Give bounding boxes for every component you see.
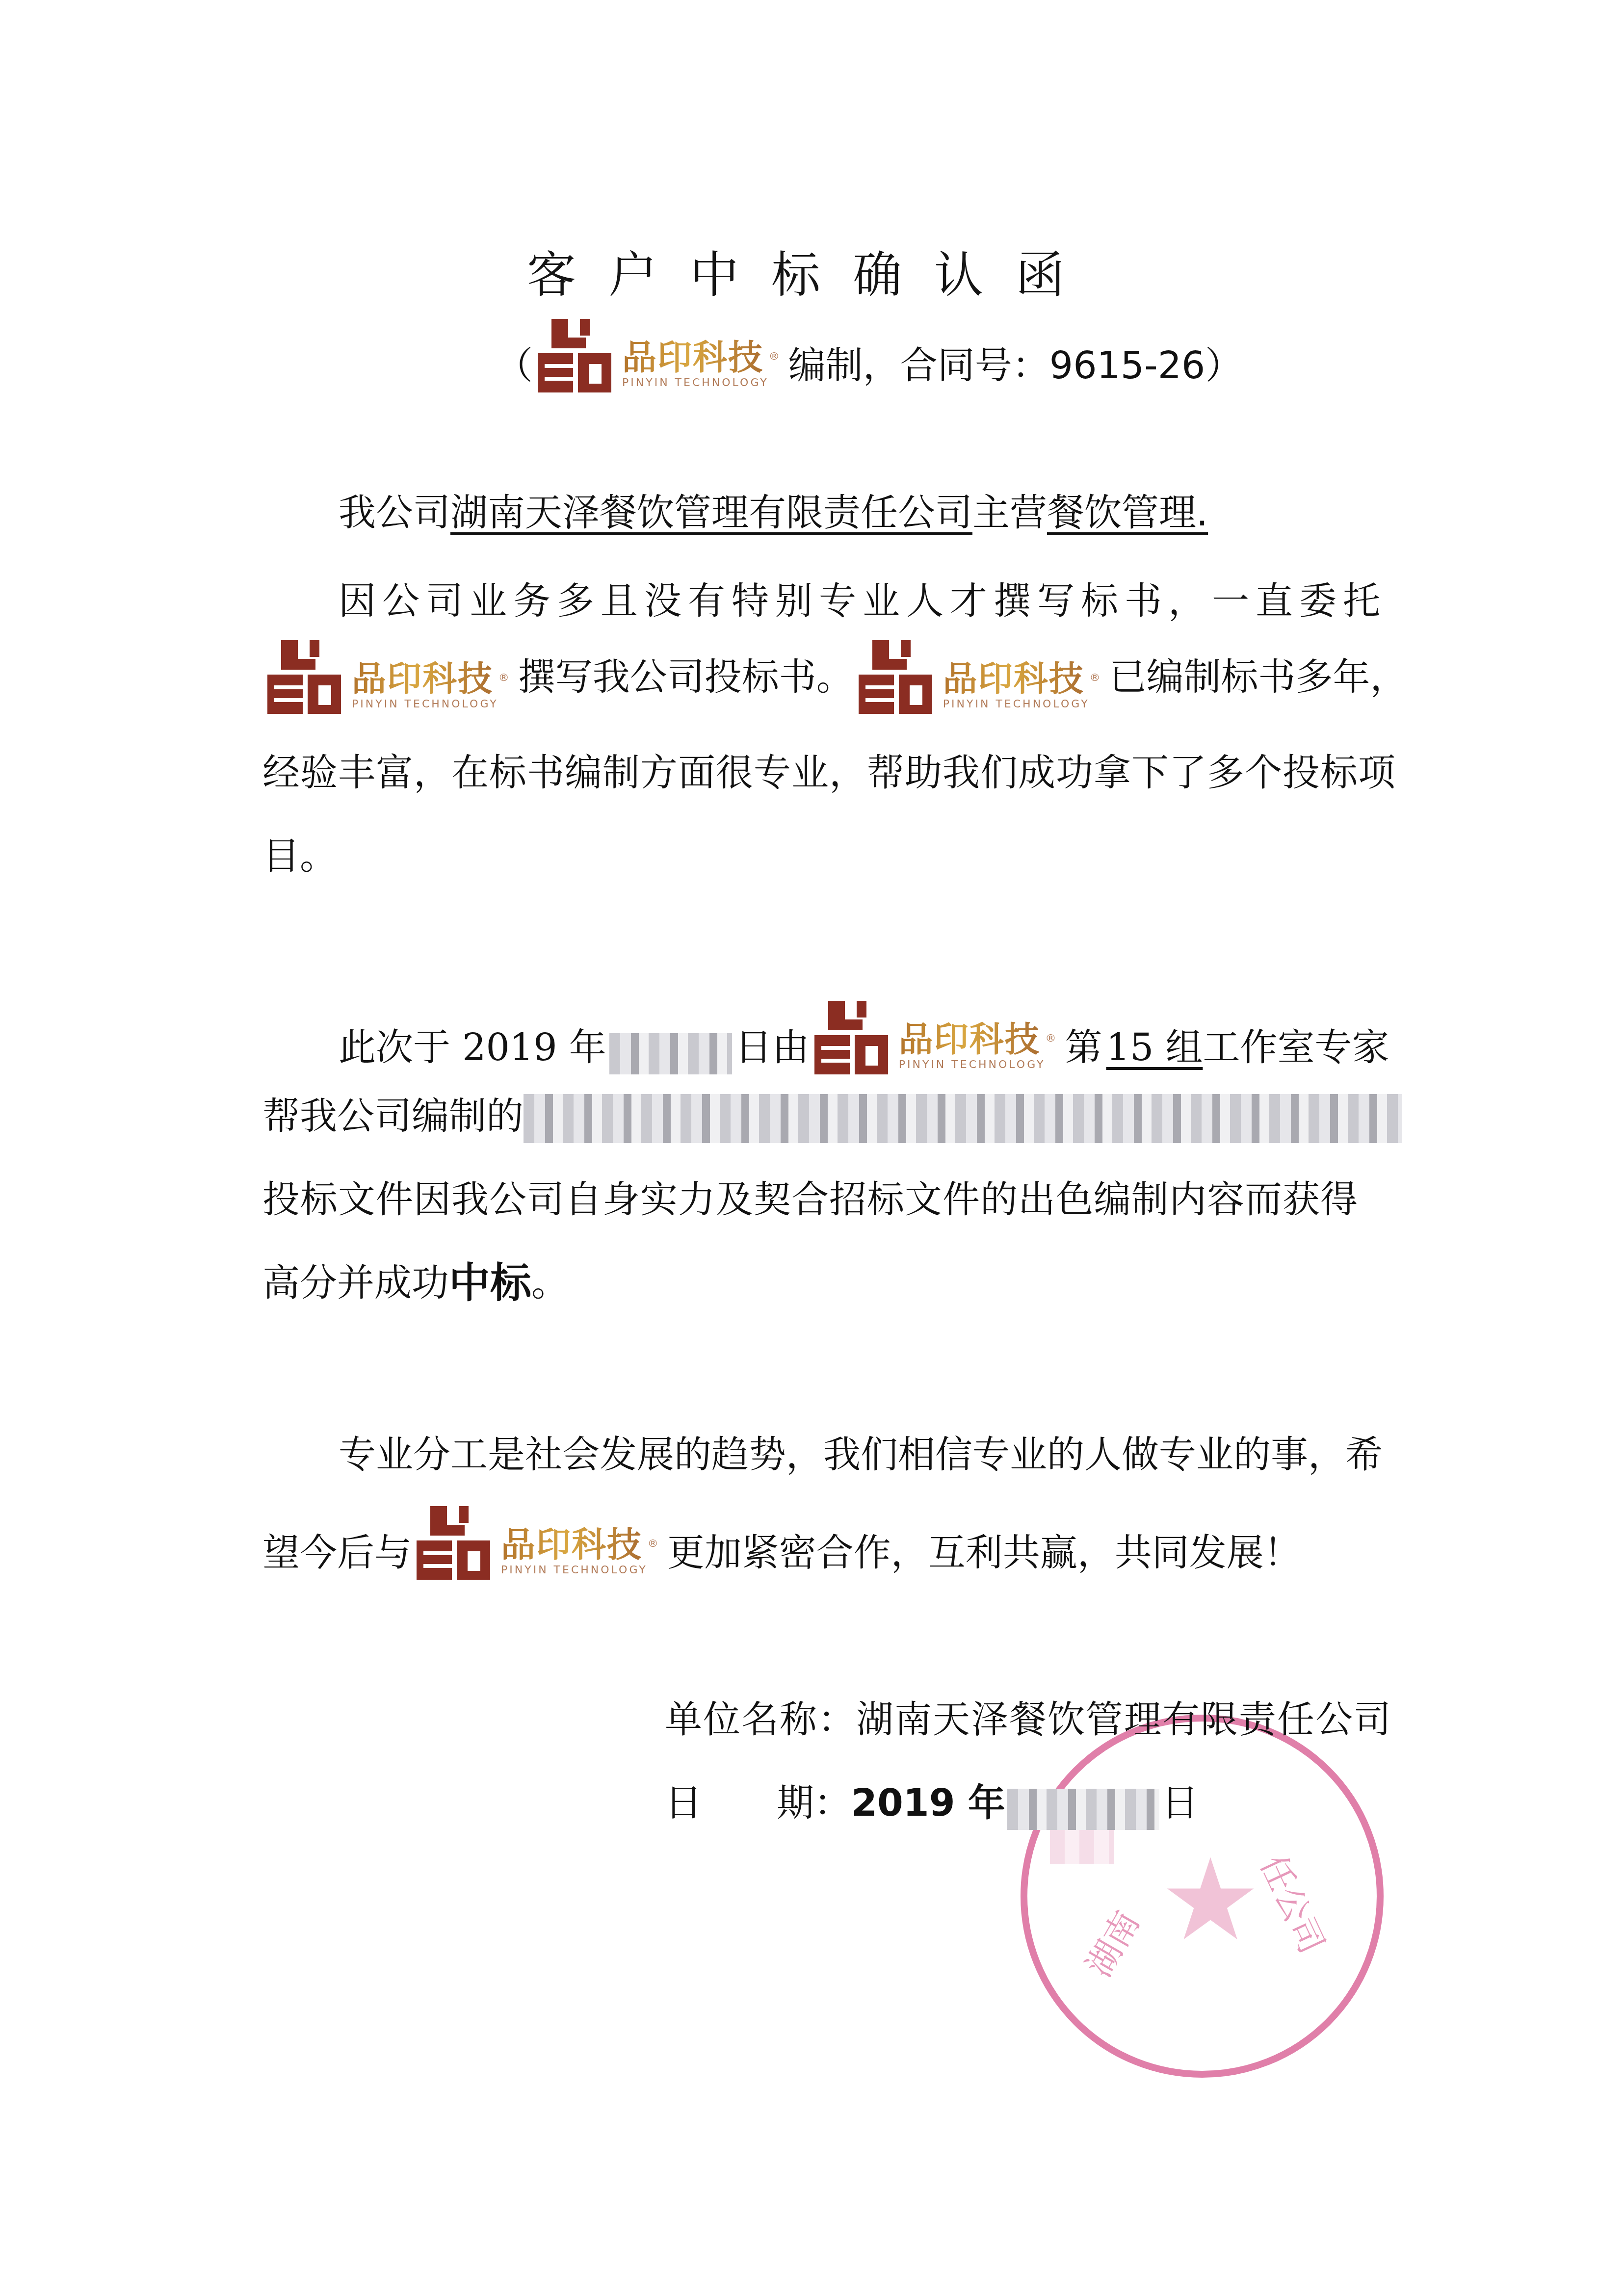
logo-wordmark: 品印科技 PINYIN TECHNOLOGY bbox=[501, 1526, 648, 1580]
paragraph-3-line-3: 投标文件因我公司自身实力及契合招标文件的出色编制内容而获得 bbox=[262, 1173, 1358, 1226]
won-bid-emphasis: 中标 bbox=[449, 1256, 531, 1310]
client-business: 餐饮管理. bbox=[1047, 486, 1208, 540]
registered-mark: ® bbox=[1046, 1012, 1056, 1066]
paragraph-3-line-2: 帮我公司编制的 bbox=[262, 1089, 1402, 1143]
paragraph-2-line-1: 因公司业务多且没有特别专业人才撰写标书，一直委托 bbox=[339, 574, 1387, 628]
subtitle-suffix: 编制，合同号：9615-26） bbox=[788, 339, 1243, 392]
p1-middle: 主营 bbox=[972, 486, 1047, 540]
paragraph-2-line-4: 目。 bbox=[262, 829, 337, 883]
logo-en-text: PINYIN TECHNOLOGY bbox=[501, 1564, 648, 1577]
client-company-name: 湖南天泽餐饮管理有限责任公司 bbox=[450, 486, 972, 540]
subtitle-line: （ 品印科技 PINYIN TECHNOLOGY ® 编制，合同号：9615-2… bbox=[496, 314, 1242, 392]
p4-line2-suffix: 更加紧密合作，互利共赢，共同发展！ bbox=[667, 1526, 1301, 1580]
redacted-project-name bbox=[524, 1094, 1402, 1143]
subtitle-open-paren: （ bbox=[496, 339, 533, 392]
logo-en-text: PINYIN TECHNOLOGY bbox=[622, 377, 769, 390]
logo-en-text: PINYIN TECHNOLOGY bbox=[352, 698, 498, 711]
seal-text-left: 湖南 bbox=[1072, 1901, 1149, 1985]
paragraph-4-line-1: 专业分工是社会发展的趋势，我们相信专业的人做专业的事，希 bbox=[339, 1428, 1383, 1482]
p4-line2-prefix: 望今后与 bbox=[262, 1526, 412, 1580]
paragraph-3-line-1: 此次于 2019 年 日由 品印科技 PINYIN TECHNOLOGY ® 第… bbox=[339, 996, 1389, 1074]
company-logo: 品印科技 PINYIN TECHNOLOGY ® bbox=[859, 640, 1090, 714]
company-seal-stamp: ★ 湖南 任公司 bbox=[1021, 1715, 1384, 2078]
signature-company: 单位名称：湖南天泽餐饮管理有限责任公司 bbox=[665, 1693, 1392, 1747]
registered-mark: ® bbox=[769, 330, 780, 384]
date-suffix: 日 bbox=[1161, 1776, 1199, 1830]
company-logo: 品印科技 PINYIN TECHNOLOGY ® bbox=[267, 640, 498, 714]
logo-cn-text: 品印科技 bbox=[501, 1526, 648, 1564]
logo-cn-text: 品印科技 bbox=[622, 339, 769, 377]
logo-wordmark: 品印科技 PINYIN TECHNOLOGY bbox=[352, 660, 498, 714]
logo-wordmark: 品印科技 PINYIN TECHNOLOGY bbox=[899, 1020, 1046, 1074]
p3-group-prefix: 第 bbox=[1065, 1020, 1102, 1074]
company-logo: 品印科技 PINYIN TECHNOLOGY ® bbox=[417, 1506, 648, 1580]
p3-date-prefix: 此次于 2019 年 bbox=[339, 1020, 606, 1074]
logo-mark-icon bbox=[859, 640, 932, 714]
p3-line4-suffix: 。 bbox=[531, 1256, 569, 1310]
company-value: 湖南天泽餐饮管理有限责任公司 bbox=[856, 1693, 1392, 1747]
p2-line2-text-a: 撰写我公司投标书。 bbox=[518, 650, 854, 704]
registered-mark: ® bbox=[1090, 651, 1100, 705]
logo-mark-icon bbox=[417, 1506, 490, 1580]
studio-group-number: 15 组 bbox=[1106, 1020, 1203, 1074]
logo-wordmark: 品印科技 PINYIN TECHNOLOGY bbox=[943, 660, 1090, 714]
logo-cn-text: 品印科技 bbox=[352, 660, 498, 698]
logo-mark-icon bbox=[814, 1001, 888, 1074]
logo-wordmark: 品印科技 PINYIN TECHNOLOGY bbox=[622, 339, 769, 392]
paragraph-1: 我公司湖南天泽餐饮管理有限责任公司主营餐饮管理. bbox=[339, 486, 1208, 540]
p3-after-date: 日由 bbox=[735, 1020, 810, 1074]
logo-cn-text: 品印科技 bbox=[899, 1020, 1046, 1059]
paragraph-4-line-2: 望今后与 品印科技 PINYIN TECHNOLOGY ® 更加紧密合作，互利共… bbox=[262, 1501, 1301, 1580]
logo-mark-icon bbox=[538, 319, 611, 392]
paragraph-2-line-3: 经验丰富，在标书编制方面很专业，帮助我们成功拿下了多个投标项 bbox=[262, 746, 1396, 800]
logo-en-text: PINYIN TECHNOLOGY bbox=[899, 1059, 1046, 1071]
company-label: 单位名称： bbox=[665, 1693, 856, 1747]
registered-mark: ® bbox=[498, 651, 509, 705]
redacted-date bbox=[609, 1033, 732, 1074]
p3-line4-prefix: 高分并成功 bbox=[262, 1256, 449, 1310]
p3-line2-prefix: 帮我公司编制的 bbox=[262, 1089, 524, 1143]
logo-cn-text: 品印科技 bbox=[943, 660, 1090, 698]
page-title: 客户中标确认函 bbox=[0, 235, 1624, 306]
date-label: 日 期： bbox=[665, 1776, 851, 1830]
logo-en-text: PINYIN TECHNOLOGY bbox=[943, 698, 1090, 711]
signature-date: 日 期： 2019 年 日 bbox=[665, 1776, 1199, 1830]
company-logo: 品印科技 PINYIN TECHNOLOGY ® bbox=[814, 1001, 1046, 1074]
p1-prefix: 我公司 bbox=[339, 486, 450, 540]
redacted-signature-date bbox=[1007, 1789, 1159, 1830]
registered-mark: ® bbox=[648, 1517, 658, 1571]
p2-line2-text-b: 已编制标书多年， bbox=[1109, 650, 1408, 704]
logo-mark-icon bbox=[267, 640, 341, 714]
seal-star-icon: ★ bbox=[1160, 1844, 1261, 1957]
paragraph-2-line-2: 品印科技 PINYIN TECHNOLOGY ® 撰写我公司投标书。 品印科技 … bbox=[262, 633, 1408, 721]
p3-line1-suffix: 工作室专家 bbox=[1203, 1020, 1389, 1074]
paragraph-3-line-4: 高分并成功中标。 bbox=[262, 1256, 569, 1310]
company-logo: 品印科技 PINYIN TECHNOLOGY ® bbox=[538, 319, 769, 392]
date-year: 2019 年 bbox=[851, 1776, 1005, 1830]
seal-text-right: 任公司 bbox=[1251, 1846, 1339, 1960]
